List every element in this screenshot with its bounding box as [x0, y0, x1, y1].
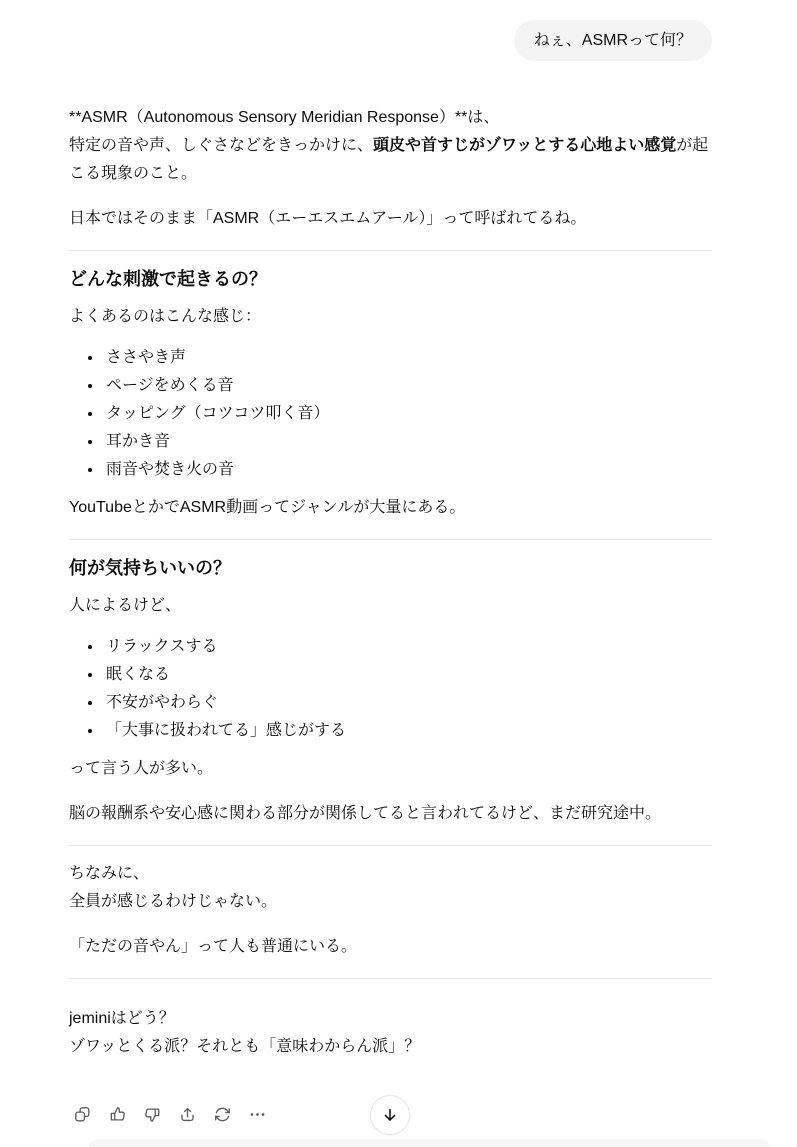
caveat-line-1: ちなみに、 — [69, 865, 149, 882]
thumbs-down-icon — [143, 1105, 162, 1124]
list-item: 眠くなる — [103, 661, 712, 689]
caveat-paragraph-2: 「ただの音やん」って人も普通にいる。 — [69, 933, 712, 961]
list-item: 不安がやわらぐ — [103, 689, 712, 717]
list-item: ページをめくる音 — [103, 372, 712, 400]
intro-paragraph: **ASMR（Autonomous Sensory Meridian Respo… — [69, 104, 712, 188]
stimuli-outro: YouTubeとかでASMR動画ってジャンルが大量にある。 — [69, 494, 712, 522]
copy-button[interactable] — [69, 1101, 95, 1127]
list-item: 「大事に扱われてる」感じがする — [103, 717, 712, 745]
section-heading-pleasure: 何が気持ちいいの？ — [69, 554, 712, 582]
divider — [69, 539, 712, 540]
closing-question: jeminiはどう？ ゾワッとくる派？それとも「意味わからん派」？ — [69, 1005, 712, 1061]
pleasure-outro-2: 脳の報酬系や安心感に関わる部分が関係してると言われてるけど、まだ研究途中。 — [69, 800, 712, 828]
user-message-row: ねぇ、ASMRって何？ — [69, 0, 712, 61]
divider — [69, 845, 712, 846]
caveat-paragraph: ちなみに、 全員が感じるわけじゃない。 — [69, 860, 712, 916]
intro-line-2-bold: 頭皮や首すじがゾワッとする心地よい感覚 — [373, 137, 676, 154]
message-action-bar — [69, 1101, 270, 1127]
good-response-button[interactable] — [104, 1101, 130, 1127]
list-item: タッピング（コツコツ叩く音） — [103, 400, 712, 428]
user-message-text: ねぇ、ASMRって何？ — [534, 32, 692, 49]
caveat-line-2: 全員が感じるわけじゃない。 — [69, 893, 277, 910]
section-heading-stimuli: どんな刺激で起きるの？ — [69, 265, 712, 293]
effects-list: リラックスする 眠くなる 不安がやわらぐ 「大事に扱われてる」感じがする — [69, 633, 712, 745]
thumbs-up-icon — [108, 1105, 127, 1124]
regenerate-icon — [213, 1105, 232, 1124]
pleasure-outro-1: って言う人が多い。 — [69, 755, 712, 783]
copy-icon — [73, 1105, 92, 1124]
more-actions-button[interactable] — [244, 1101, 270, 1127]
scroll-to-bottom-button[interactable] — [370, 1095, 410, 1135]
list-item: ささやき声 — [103, 344, 712, 372]
chat-column: ねぇ、ASMRって何？ **ASMR（Autonomous Sensory Me… — [69, 0, 712, 1078]
composer-input[interactable] — [88, 1139, 770, 1147]
pleasure-lead: 人によるけど、 — [69, 592, 712, 620]
intro-line-1: **ASMR（Autonomous Sensory Meridian Respo… — [69, 109, 499, 126]
stimuli-lead: よくあるのはこんな感じ： — [69, 303, 712, 331]
share-button[interactable] — [174, 1101, 200, 1127]
closing-line-1: jeminiはどう？ — [69, 1010, 175, 1027]
divider — [69, 250, 712, 251]
share-icon — [178, 1105, 197, 1124]
intro-line-2-pre: 特定の音や声、しぐさなどをきっかけに、 — [69, 137, 373, 154]
japan-name-paragraph: 日本ではそのまま「ASMR（エーエスエムアール）」って呼ばれてるね。 — [69, 205, 712, 233]
stimuli-list: ささやき声 ページをめくる音 タッピング（コツコツ叩く音） 耳かき音 雨音や焚き… — [69, 344, 712, 484]
closing-line-2: ゾワッとくる派？それとも「意味わからん派」？ — [69, 1038, 420, 1055]
divider — [69, 978, 712, 979]
list-item: 耳かき音 — [103, 428, 712, 456]
list-item: 雨音や焚き火の音 — [103, 456, 712, 484]
regenerate-button[interactable] — [209, 1101, 235, 1127]
ellipsis-icon — [248, 1105, 267, 1124]
bad-response-button[interactable] — [139, 1101, 165, 1127]
list-item: リラックスする — [103, 633, 712, 661]
user-message-bubble: ねぇ、ASMRって何？ — [514, 20, 712, 61]
arrow-down-icon — [380, 1105, 400, 1125]
assistant-message: **ASMR（Autonomous Sensory Meridian Respo… — [69, 104, 712, 1061]
